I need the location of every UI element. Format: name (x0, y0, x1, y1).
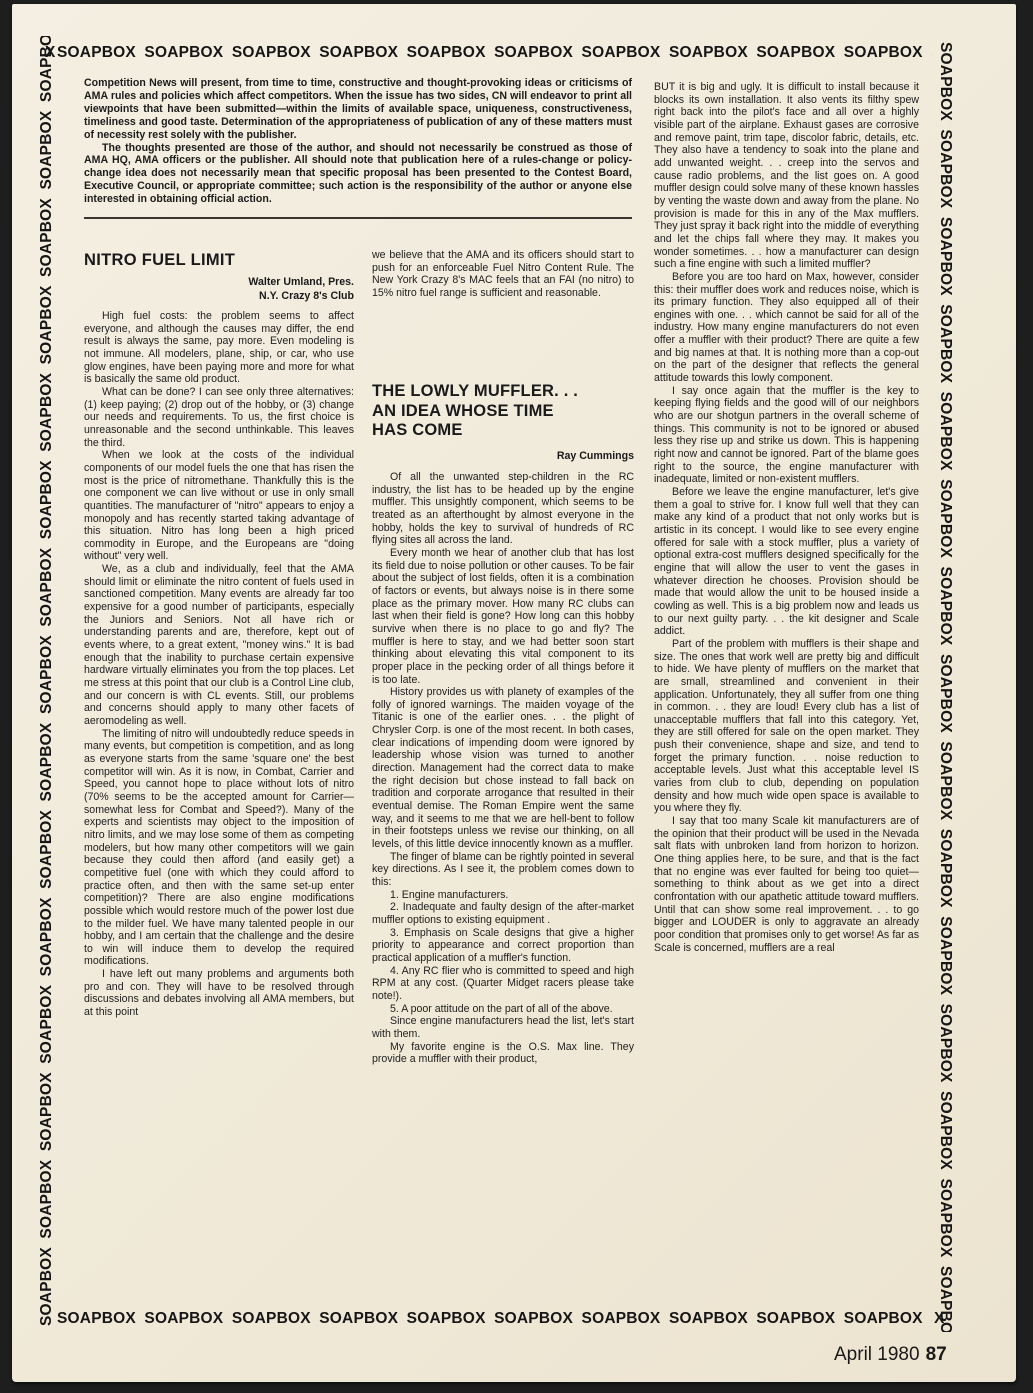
body-paragraph: The finger of blame can be rightly point… (372, 851, 634, 889)
issue-date: April 1980 (834, 1344, 920, 1365)
title-line: HAS COME (372, 421, 578, 441)
body-paragraph: Part of the problem with mufflers is the… (654, 638, 919, 815)
disclaimer-paragraph: Competition News will present, from time… (84, 77, 632, 142)
article-byline-nitro: Walter Umland, Pres. N.Y. Crazy 8's Club (162, 275, 354, 303)
editorial-disclaimer: Competition News will present, from time… (84, 77, 632, 206)
body-paragraph: we believe that the AMA and its officers… (372, 249, 634, 300)
article-body-muffler-col3: BUT it is big and ugly. It is difficult … (654, 81, 919, 954)
list-item: 5. A poor attitude on the part of all of… (372, 1003, 634, 1016)
title-line: THE LOWLY MUFFLER. . . (372, 382, 578, 402)
body-paragraph: I have left out many problems and argume… (84, 968, 354, 1019)
body-paragraph: Before we leave the engine manufacturer,… (654, 486, 919, 638)
body-paragraph: Every month we hear of another club that… (372, 547, 634, 686)
article-byline-muffler: Ray Cummings (372, 450, 634, 462)
list-item: 4. Any RC flier who is committed to spee… (372, 965, 634, 1003)
body-paragraph: The limiting of nitro will undoubtedly r… (84, 728, 354, 968)
body-paragraph: Since engine manufacturers head the list… (372, 1015, 634, 1040)
body-paragraph: History provides us with planety of exam… (372, 686, 634, 851)
author-affiliation: N.Y. Crazy 8's Club (162, 289, 354, 303)
body-paragraph: My favorite engine is the O.S. Max line.… (372, 1041, 634, 1066)
body-paragraph: We, as a club and individually, feel tha… (84, 563, 354, 728)
page-footer: April 198087 (834, 1344, 947, 1366)
title-line: AN IDEA WHOSE TIME (372, 402, 578, 422)
body-paragraph: High fuel costs: the problem seems to af… (84, 310, 354, 386)
article-title-nitro: NITRO FUEL LIMIT (84, 251, 235, 270)
list-item: 3. Emphasis on Scale designs that give a… (372, 927, 634, 965)
article-body-nitro-col1: High fuel costs: the problem seems to af… (84, 310, 354, 1019)
soapbox-band-top: SOAPBOX SOAPBOX SOAPBOX SOAPBOX SOAPBOX … (57, 44, 932, 64)
body-paragraph: When we look at the costs of the individ… (84, 449, 354, 563)
soapbox-band-bottom: SOAPBOX SOAPBOX SOAPBOX SOAPBOX SOAPBOX … (57, 1310, 932, 1330)
body-paragraph: Before you are too hard on Max, however,… (654, 271, 919, 385)
author-name: Walter Umland, Pres. (162, 275, 354, 289)
body-paragraph: What can be done? I can see only three a… (84, 386, 354, 449)
list-item: 2. Inadequate and faulty design of the a… (372, 901, 634, 926)
body-paragraph: Of all the unwanted step-children in the… (372, 471, 634, 547)
page-number: 87 (926, 1344, 947, 1365)
body-paragraph: I say that too many Scale kit manufactur… (654, 815, 919, 954)
body-paragraph: I say once again that the muffler is the… (654, 385, 919, 486)
disclaimer-paragraph: The thoughts presented are those of the … (84, 142, 632, 207)
body-paragraph: BUT it is big and ugly. It is difficult … (654, 81, 919, 271)
article-title-muffler: THE LOWLY MUFFLER. . . AN IDEA WHOSE TIM… (372, 382, 578, 441)
section-divider (84, 217, 632, 219)
magazine-page: SOAPBOX SOAPBOX SOAPBOX SOAPBOX SOAPBOX … (12, 4, 1016, 1382)
article-body-muffler-col2: Of all the unwanted step-children in the… (372, 471, 634, 1066)
article-body-nitro-continuation: we believe that the AMA and its officers… (372, 249, 634, 300)
soapbox-band-right: SOAPBOX SOAPBOX SOAPBOX SOAPBOX SOAPBOX … (934, 42, 954, 1332)
list-item: 1. Engine manufacturers. (372, 889, 634, 902)
soapbox-band-left: SOAPBOX SOAPBOX SOAPBOX SOAPBOX SOAPBOX … (38, 36, 58, 1326)
